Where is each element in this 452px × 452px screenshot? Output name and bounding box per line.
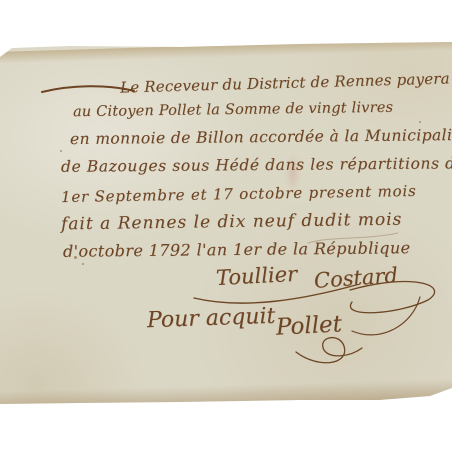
pollet-loop-flourish bbox=[296, 338, 362, 363]
signature-toullier: Toullier bbox=[216, 264, 298, 289]
manuscript-line-5: 1er Septembre et 17 octobre present mois bbox=[61, 184, 417, 205]
foxing-spot bbox=[60, 150, 62, 152]
manuscript-line-1: Le Receveur du District de Rennes payera bbox=[120, 71, 450, 95]
manuscript-line-3: en monnoie de Billon accordée à la Munic… bbox=[70, 128, 452, 148]
signature-costard: Costard bbox=[313, 265, 398, 292]
manuscript-line-7: d'octobre 1792 l'an 1er de la République bbox=[63, 240, 411, 260]
acquit-label: Pour acquit bbox=[147, 306, 276, 332]
paper-top-edge-shading bbox=[0, 38, 452, 64]
manuscript-line-4: de Bazouges sous Hédé dans les répartiti… bbox=[61, 156, 452, 175]
foxing-spot bbox=[419, 121, 421, 123]
costard-tail-flourish bbox=[352, 297, 420, 335]
manuscript-line-6: fait a Rennes le dix neuf dudit mois bbox=[61, 212, 403, 234]
paper-bottom-edge-shading bbox=[0, 378, 452, 415]
manuscript-photo: Le Receveur du District de Rennes payera… bbox=[0, 0, 452, 452]
manuscript-paper: Le Receveur du District de Rennes payera… bbox=[0, 0, 452, 452]
signature-pollet: Pollet bbox=[275, 313, 342, 339]
manuscript-line-2: au Citoyen Pollet la Somme de vingt livr… bbox=[73, 101, 393, 120]
foxing-spot bbox=[82, 263, 84, 265]
